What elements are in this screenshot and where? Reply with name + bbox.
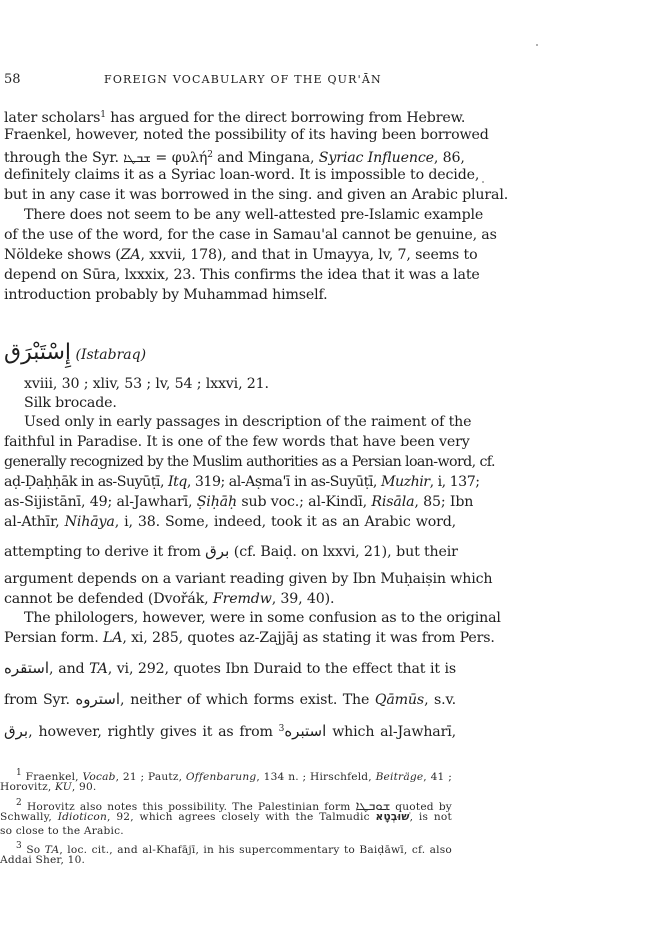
text-line: برق, however, rightly gives it as from ا… — [4, 720, 456, 741]
scan-speck — [536, 44, 538, 46]
text: , vi, 292, quotes Ibn Duraid to the effe… — [108, 661, 456, 677]
text-line: Nöldeke shows (ZA, xxvii, 178), and that… — [4, 246, 456, 264]
text: , and — [49, 661, 89, 677]
text-line: Used only in early passages in descripti… — [24, 413, 456, 431]
text: Nöldeke shows ( — [4, 247, 121, 263]
text: , neither of which forms exist. The — [120, 692, 375, 708]
text: through the Syr. — [4, 150, 123, 166]
abbreviation: TA — [89, 661, 108, 677]
arabic-word: استبره — [284, 722, 326, 740]
footnote-number: 1 — [16, 768, 22, 778]
text-line: depend on Sūra, lxxxix, 23. This confirm… — [4, 266, 456, 284]
text-line: faithful in Paradise. It is one of the f… — [4, 433, 456, 451]
footnote-number: 2 — [16, 798, 22, 808]
text: (cf. Baiḍ. on lxxvi, 21), but their — [229, 544, 458, 560]
text: , 85; Ibn — [414, 494, 473, 510]
footnote-3-cont: Addai Sher, 10. — [0, 854, 85, 867]
text: cannot be defended (Dvořák, — [4, 591, 213, 607]
text: and Mingana, — [213, 150, 319, 166]
entry-heading: إِسْتَبْرَق (Istabraq) — [4, 340, 146, 365]
text-line: definitely claims it as a Syriac loan-wo… — [4, 166, 456, 184]
text-line: استقره, and TA, vi, 292, quotes Ibn Dura… — [4, 659, 456, 678]
text: , xxvii, 178), and that in Umayya, lv, 7… — [140, 247, 477, 263]
book-title: Qāmūs — [375, 692, 424, 708]
text-line: Persian form. LA, xi, 285, quotes az-Zaj… — [4, 629, 456, 647]
text-line: as-Sijistānī, 49; al-Jawharī, Ṣiḥāḥ sub … — [4, 493, 456, 511]
footnote-2-cont: so close to the Arabic. — [0, 825, 124, 838]
greek-word: = φυλή — [151, 150, 207, 166]
text-line: attempting to derive it from برق (cf. Ba… — [4, 542, 456, 561]
abbreviation: LA — [103, 630, 122, 646]
text-line: cannot be defended (Dvořák, Fremdw, 39, … — [4, 590, 334, 608]
text-line: later scholars1 has argued for the direc… — [4, 106, 456, 127]
text-line: argument depends on a variant reading gi… — [4, 570, 456, 588]
entry-meaning: Silk brocade. — [24, 394, 117, 412]
book-title: Fremdw — [213, 591, 272, 607]
text-line: through the Syr. ܫܒܛܐ = φυλή2 and Mingan… — [4, 146, 456, 168]
footnote-number: 3 — [16, 841, 22, 851]
text: , 90. — [72, 781, 97, 793]
text-line: al-Athīr, Nihāya, i, 38. Some, indeed, t… — [4, 513, 456, 531]
footnote-2-cont: Schwally, Idioticon, 92, which agrees cl… — [0, 811, 452, 824]
book-title: Idioticon — [58, 811, 107, 823]
hebrew-word: שׁוּבְטָא — [376, 811, 410, 823]
arabic-word: برق — [205, 542, 229, 560]
book-title: Risāla — [371, 494, 414, 510]
book-title: Ṣiḥāḥ — [197, 494, 237, 510]
abbreviation: KU — [55, 781, 72, 793]
text: , i, 38. Some, indeed, took it as an Ara… — [115, 514, 456, 530]
text: sub voc.; al-Kindī, — [237, 494, 371, 510]
text-line: from Syr. استروه, neither of which forms… — [4, 690, 456, 709]
text: , is not — [410, 811, 452, 823]
text: as-Sijistānī, 49; al-Jawharī, — [4, 494, 197, 510]
text: al-Athīr, — [4, 514, 65, 530]
text-line: of the use of the word, for the case in … — [4, 226, 456, 244]
arabic-word: برق — [4, 722, 28, 740]
text-line: but in any case it was borrowed in the s… — [4, 186, 456, 204]
text: aḍ-Ḍaḥḥāk in as-Suyūṭī, — [4, 474, 168, 490]
text: , 39, 40). — [272, 591, 335, 607]
text: , 92, which agrees closely with the Talm… — [107, 811, 376, 823]
text-line: There does not seem to be any well-attes… — [24, 206, 456, 224]
book-page: 58 FOREIGN VOCABULARY OF THE QUR'ĀN late… — [0, 0, 671, 930]
entry-transliteration: (Istabraq) — [75, 347, 146, 363]
text: , 134 n. ; Hirschfeld, — [256, 771, 375, 783]
text-line: generally recognized by the Muslim autho… — [4, 453, 456, 471]
text-line: The philologers, however, were in some c… — [24, 609, 456, 627]
abbreviation: ZA — [121, 247, 141, 263]
text: , i, 137; — [430, 474, 480, 490]
scan-speck — [482, 181, 484, 183]
footnote-1-cont: Horovitz, KU, 90. — [0, 781, 96, 794]
page-number: 58 — [4, 72, 21, 87]
arabic-word: استقره — [4, 659, 49, 677]
book-title: Nihāya — [65, 514, 115, 530]
text: , however, rightly gives it as from — [28, 724, 278, 740]
text: Schwally, — [0, 811, 58, 823]
text: , 41 ; — [423, 771, 452, 783]
text: , 86, — [434, 150, 465, 166]
entry-references: xviii, 30 ; xliv, 53 ; lv, 54 ; lxxvi, 2… — [24, 375, 269, 393]
text: from Syr. — [4, 692, 75, 708]
text: , s.v. — [424, 692, 456, 708]
text-line: introduction probably by Muhammad himsel… — [4, 286, 328, 304]
book-title: Muzhir — [381, 474, 430, 490]
text: , 319; al-Aṣma'ī in as-Suyūṭī, — [187, 474, 381, 490]
text: , xi, 285, quotes az-Zajjāj as stating i… — [122, 630, 494, 646]
text: , loc. cit., and al-Khafājī, in his supe… — [59, 844, 452, 856]
text: later scholars — [4, 110, 100, 126]
text: which al-Jawharī, — [326, 724, 456, 740]
book-title: Beiträge — [376, 771, 424, 783]
text-line: Fraenkel, however, noted the possibility… — [4, 126, 456, 144]
text-line: aḍ-Ḍaḥḥāk in as-Suyūṭī, Itq, 319; al-Aṣm… — [4, 473, 456, 491]
entry-arabic-word: إِسْتَبْرَق — [4, 340, 71, 365]
text: attempting to derive it from — [4, 544, 205, 560]
text: Horovitz, — [0, 781, 55, 793]
text: has argued for the direct borrowing from… — [106, 110, 465, 126]
text: Persian form. — [4, 630, 103, 646]
book-title: Itq — [168, 474, 187, 490]
text: , 21 ; Pautz, — [116, 771, 186, 783]
book-title: Syriac Influence — [319, 150, 434, 166]
syriac-word: ܫܒܛܐ — [123, 151, 151, 166]
book-title: Offenbarung — [186, 771, 256, 783]
arabic-word: استروه — [75, 690, 120, 708]
running-title: FOREIGN VOCABULARY OF THE QUR'ĀN — [104, 73, 382, 86]
